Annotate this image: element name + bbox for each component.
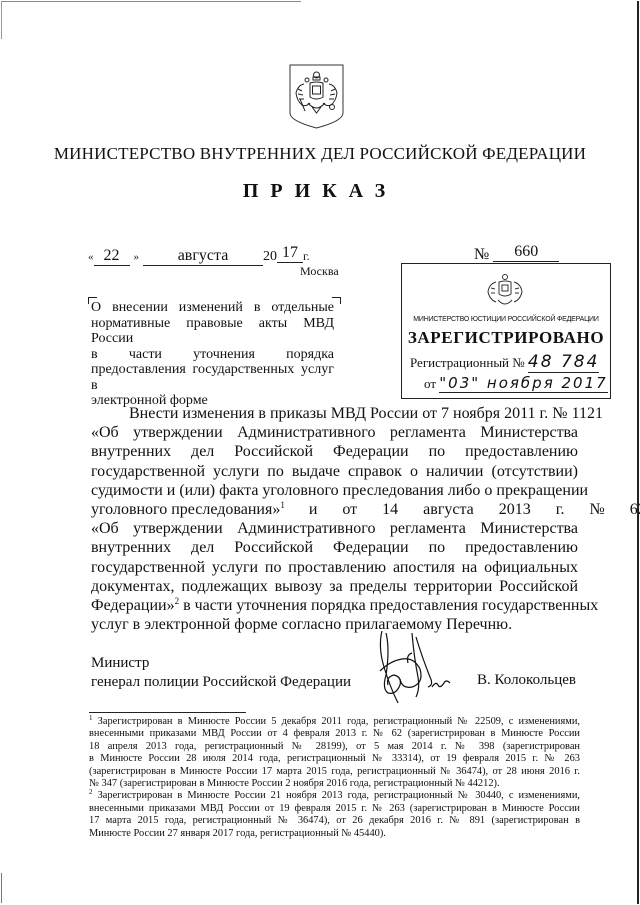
year-suffix: 17	[277, 244, 303, 263]
order-body: Внести изменения в приказы МВД России от…	[91, 404, 578, 634]
footnote-marker: 2	[89, 788, 93, 796]
order-number: № 660	[474, 243, 559, 264]
stamp-emblem-icon	[484, 272, 526, 310]
stamp-date-prefix: от	[424, 376, 436, 391]
subject-line: предоставления государственных услуг в	[91, 362, 334, 393]
stamp-date-value: "03" ноября 2017	[439, 374, 607, 393]
signatory-name: В. Колокольцев	[477, 672, 576, 689]
body-line: документах, подлежащих вывозу за пределы…	[91, 577, 578, 596]
body-line: государственной услуги по проставлению а…	[91, 558, 578, 577]
body-fragment: в части уточнения порядка предоставления…	[179, 597, 598, 614]
body-fragment: и от 14 августа 2013 г. № 625	[309, 501, 640, 518]
stamp-reg-label: Регистрационный №	[410, 355, 525, 370]
number-value: 660	[493, 243, 559, 262]
stamp-registration-date: от "03" ноября 2017	[424, 374, 608, 392]
body-line: услуг в электронной форме согласно прила…	[91, 615, 578, 634]
footnote-line: 2 Зарегистрирован в Минюсте России 21 но…	[89, 790, 580, 802]
signatory-rank: генерал полиции Российской Федерации	[91, 673, 351, 692]
body-line: Внести изменения в приказы МВД России от…	[91, 404, 578, 423]
footnote-line: 17 марта 2015 года, регистрационный № 36…	[89, 815, 580, 827]
year-abbr: г.	[303, 249, 310, 263]
body-line: внутренних дел Российской Федерации по п…	[91, 538, 578, 557]
subject-line: в части уточнения порядка	[91, 347, 334, 363]
body-line: судимости и (или) факта уголовного пресл…	[91, 481, 578, 500]
footnote-line: (зарегистрирован в Минюсте России 17 мар…	[89, 766, 580, 778]
ministry-name: МИНИСТЕРСТВО ВНУТРЕННИХ ДЕЛ РОССИЙСКОЙ Ф…	[0, 144, 640, 164]
body-line: «Об утверждении Административного реглам…	[91, 423, 578, 442]
number-label: №	[474, 246, 489, 263]
body-line: уголовного преследования»1и от 14 август…	[91, 500, 578, 519]
body-line: государственной услуги по выдаче справок…	[91, 462, 578, 481]
stamp-organization: МИНИСТЕРСТВО ЮСТИЦИИ РОССИЙСКОЙ ФЕДЕРАЦИ…	[402, 316, 610, 323]
year-prefix: 20	[263, 249, 277, 264]
scan-edge	[1, 873, 2, 903]
footnote-separator	[89, 712, 246, 713]
scan-edge	[1, 1, 2, 39]
subject-line: нормативные правовые акты МВД России	[91, 316, 334, 347]
stamp-status: ЗАРЕГИСТРИРОВАНО	[402, 328, 610, 348]
body-line: Федерации»2 в части уточнения порядка пр…	[91, 596, 578, 615]
body-line: «Об утверждении Административного реглам…	[91, 519, 578, 538]
order-day: 22	[94, 247, 130, 266]
stamp-reg-number: 48 784	[528, 352, 599, 373]
document-type: ПРИКАЗ	[0, 180, 640, 203]
registration-stamp: МИНИСТЕРСТВО ЮСТИЦИИ РОССИЙСКОЙ ФЕДЕРАЦИ…	[401, 263, 611, 399]
order-subject: О внесении изменений в отдельные нормати…	[91, 300, 334, 409]
footnote-marker: 1	[89, 714, 93, 722]
order-date: «22 » августа2017г.	[88, 244, 310, 266]
footnote-line: № 347 (зарегистрирован в Минюсте России …	[89, 778, 580, 790]
signatory-title: Министр генерал полиции Российской Федер…	[91, 654, 351, 692]
signatory-position: Министр	[91, 654, 351, 673]
stamp-registration-number: Регистрационный № 48 784	[410, 352, 599, 372]
footnote-line: Минюсте России 27 января 2017 года, реги…	[89, 828, 580, 840]
scan-edge	[637, 1, 639, 904]
footnote-line: внесенными приказами МВД России от 19 фе…	[89, 803, 580, 815]
handwritten-signature-icon	[372, 627, 462, 705]
footnotes: 1 Зарегистрирован в Минюсте России 5 дек…	[89, 716, 580, 840]
subject-line: О внесении изменений в отдельные	[91, 300, 334, 316]
footnote-line: внесенными приказами МВД России от 4 фев…	[89, 728, 580, 740]
body-fragment: Федерации»	[91, 597, 175, 614]
footnote-text: Зарегистрирован в Минюсте России 5 декаб…	[98, 716, 580, 727]
order-month: августа	[143, 247, 263, 266]
footnote-line: 1 Зарегистрирован в Минюсте России 5 дек…	[89, 716, 580, 728]
footnote-line: в Минюсте России 28 июля 2014 года, реги…	[89, 753, 580, 765]
coat-of-arms-icon	[288, 63, 345, 130]
footnote-text: Зарегистрирован в Минюсте России 21 нояб…	[98, 790, 580, 801]
document-page: МИНИСТЕРСТВО ВНУТРЕННИХ ДЕЛ РОССИЙСКОЙ Ф…	[0, 0, 640, 905]
city: Москва	[300, 264, 339, 279]
body-line: внутренних дел Российской Федерации по п…	[91, 442, 578, 461]
footnote-ref: 1	[280, 500, 285, 510]
scan-edge	[1, 1, 301, 2]
body-fragment: уголовного преследования»	[91, 501, 280, 518]
footnote-line: 18 апреля 2013 года, регистрационный № 2…	[89, 741, 580, 753]
